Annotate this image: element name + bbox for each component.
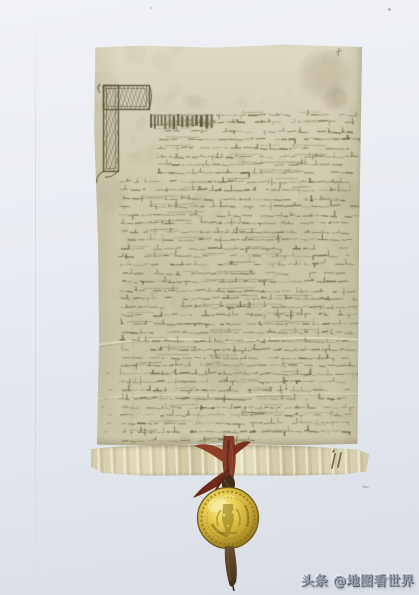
gold-bulla-seal — [198, 488, 259, 549]
parchment-document — [92, 44, 364, 447]
photo-of-medieval-charter: 头条 @地图看世界 — [0, 0, 419, 595]
dust-speck — [150, 7, 152, 9]
backdrop-scratch — [362, 485, 369, 488]
dust-speck — [388, 8, 391, 11]
manuscript-text-canvas — [92, 44, 364, 447]
seal-tassel — [225, 546, 237, 591]
watermark-text: 头条 @地图看世界 — [301, 574, 414, 589]
backdrop-seam — [35, 0, 36, 595]
cord-knot — [222, 475, 235, 493]
plica-fold — [91, 444, 369, 476]
watermark: 头条 @地图看世界 — [301, 570, 414, 589]
